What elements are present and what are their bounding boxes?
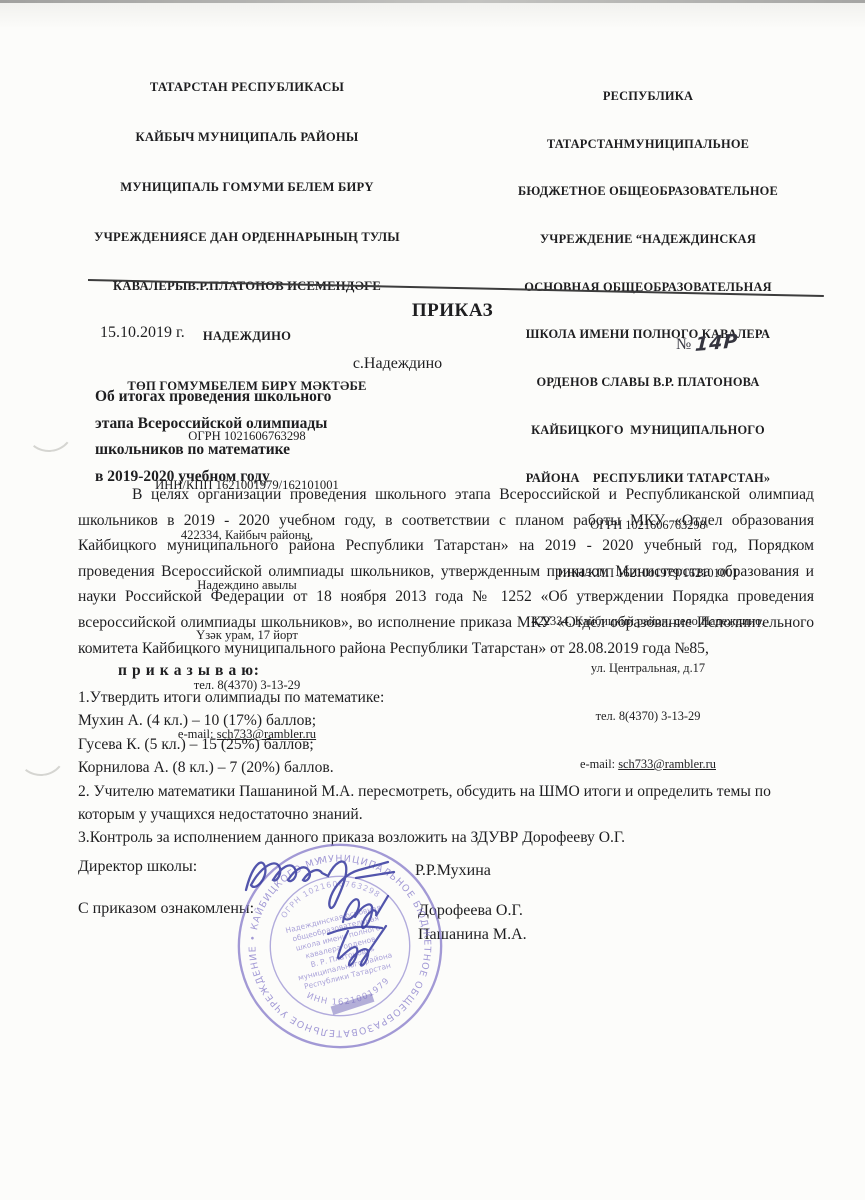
letterhead-line: МУНИЦИПАЛЬ ГОМУМИ БЕЛЕМ БИРҮ (42, 179, 452, 196)
scanned-order-document: ТАТАРСТАН РЕСПУБЛИКАСЫ КАЙБЫЧ МУНИЦИПАЛЬ… (0, 0, 865, 1200)
letterhead-line: УЧРЕЖДЕНИЕ “НАДЕЖДИНСКАЯ (457, 232, 839, 248)
handwritten-order-number: 14Р (695, 330, 739, 356)
acknowledged-label: С приказом ознакомлены: (78, 900, 254, 918)
olympiad-result: Гусева К. (5 кл.) – 15 (25%) баллов; (78, 733, 818, 756)
acknowledged-signature-2 (322, 918, 406, 974)
order-number: № 14Р (676, 332, 739, 354)
decree-word: п р и к а з ы в а ю: (118, 662, 260, 680)
letterhead-line: ТАТАРСТАНМУНИЦИПАЛЬНОЕ (457, 137, 839, 153)
address-line: ул. Центральная, д.17 (457, 661, 839, 677)
letterhead-line: УЧРЕЖДЕНИЯСЕ ДАН ОРДЕННАРЫНЫҢ ТУЛЫ (42, 229, 452, 246)
letterhead-line: БЮДЖЕТНОЕ ОБЩЕОБРАЗОВАТЕЛЬНОЕ (457, 184, 839, 200)
director-label: Директор школы: (78, 858, 197, 876)
order-item-1: 1.Утвердить итоги олимпиады по математик… (78, 686, 818, 709)
letterhead-line: РЕСПУБЛИКА (457, 89, 839, 105)
letterhead-line: КАЙБИЦКОГО МУНИЦИПАЛЬНОГО (457, 423, 839, 439)
order-title: ПРИКАЗ (40, 300, 865, 322)
letterhead-line: КАЙБЫЧ МУНИЦИПАЛЬ РАЙОНЫ (42, 129, 452, 146)
number-sign: № (676, 336, 691, 353)
order-item-3: 3.Контроль за исполнением данного приказ… (78, 826, 818, 849)
order-subject: Об итогах проведения школьного этапа Все… (95, 384, 331, 490)
letterhead-line: ОРДЕНОВ СЛАВЫ В.Р. ПЛАТОНОВА (457, 375, 839, 391)
order-items: 1.Утвердить итоги олимпиады по математик… (78, 686, 818, 850)
letterhead-line: ШКОЛА ИМЕНИ ПОЛНОГО КАВАЛЕРА (457, 327, 839, 343)
olympiad-result: Мухин А. (4 кл.) – 10 (17%) баллов; (78, 709, 818, 732)
order-place: с.Надеждино (0, 355, 795, 373)
order-body-paragraph: В целях организации проведения школьного… (78, 482, 814, 661)
subject-line: Об итогах проведения школьного (95, 384, 331, 411)
olympiad-result: Корнилова А. (8 кл.) – 7 (20%) баллов. (78, 756, 818, 779)
subject-line: этапа Всероссийской олимпиады (95, 411, 331, 438)
order-item-2: 2. Учителю математики Пашаниной М.А. пер… (78, 780, 818, 827)
letterhead-line: ТАТАРСТАН РЕСПУБЛИКАСЫ (42, 79, 452, 96)
subject-line: школьников по математике (95, 437, 331, 464)
order-date: 15.10.2019 г. (100, 324, 185, 342)
scan-shade-artifact (0, 3, 865, 29)
